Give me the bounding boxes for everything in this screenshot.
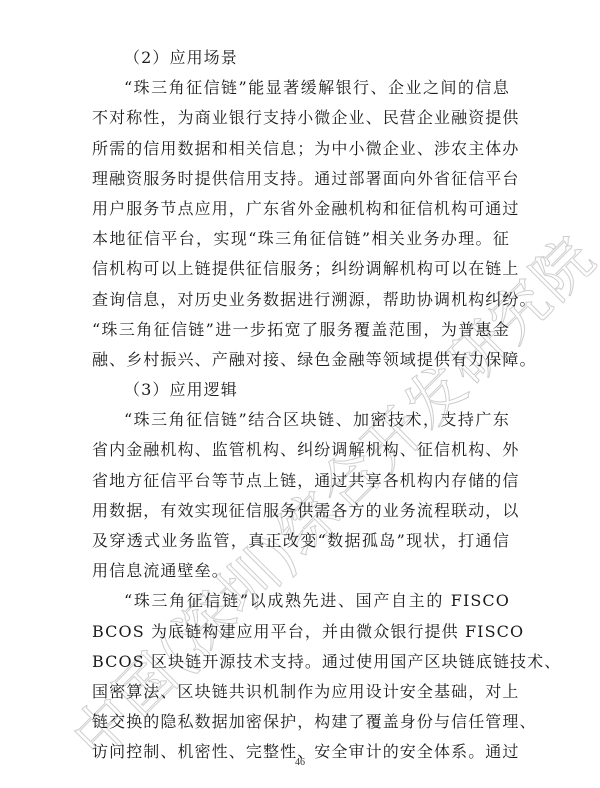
paragraph-line: 所需的信用数据和相关信息；为中小微企业、涉农主体办 <box>92 134 510 164</box>
paragraph-line: 省地方征信平台等节点上链，通过共享各机构内存储的信 <box>92 466 510 496</box>
section-heading-scenarios: （2）应用场景 <box>92 43 510 73</box>
paragraph-line: “珠三角征信链”能显著缓解银行、企业之间的信息 <box>92 73 510 103</box>
paragraph-line: 信机构可以上链提供征信服务；纠纷调解机构可以在链上 <box>92 254 510 284</box>
paragraph-line: 用信息流通壁垒。 <box>92 556 510 586</box>
paragraph-line: 链交换的隐私数据加密保护，构建了覆盖身份与信任管理、 <box>92 707 510 737</box>
paragraph-line: 融、乡村振兴、产融对接、绿色金融等领域提供有力保障。 <box>92 345 510 375</box>
paragraph-line: “珠三角征信链”以成熟先进、国产自主的 FISCO <box>92 586 510 616</box>
paragraph-line: 用数据，有效实现征信服务供需各方的业务流程联动，以 <box>92 496 510 526</box>
document-page: 中国(深圳)综合开发研究院 （2）应用场景 “珠三角征信链”能显著缓解银行、企业… <box>0 0 600 788</box>
paragraph-line: 省内金融机构、监管机构、纠纷调解机构、征信机构、外 <box>92 435 510 465</box>
paragraph-line: BCOS 区块链开源技术支持。通过使用国产区块链底链技术、 <box>92 647 510 677</box>
paragraph-line: 及穿透式业务监管，真正改变“数据孤岛”现状，打通信 <box>92 526 510 556</box>
section-heading-logic: （3）应用逻辑 <box>92 375 510 405</box>
paragraph-line: “珠三角征信链”进一步拓宽了服务覆盖范围，为普惠金 <box>92 315 510 345</box>
paragraph-line: BCOS 为底链构建应用平台，并由微众银行提供 FISCO <box>92 617 510 647</box>
paragraph-line: 用户服务节点应用，广东省外金融机构和征信机构可通过 <box>92 194 510 224</box>
paragraph-line: 本地征信平台，实现“珠三角征信链”相关业务办理。征 <box>92 224 510 254</box>
paragraph-line: “珠三角征信链”结合区块链、加密技术，支持广东 <box>92 405 510 435</box>
page-number: 46 <box>0 757 600 768</box>
paragraph-line: 理融资服务时提供信用支持。通过部署面向外省征信平台 <box>92 164 510 194</box>
paragraph-line: 查询信息，对历史业务数据进行溯源，帮助协调机构纠纷。 <box>92 285 510 315</box>
page-content: （2）应用场景 “珠三角征信链”能显著缓解银行、企业之间的信息 不对称性，为商业… <box>92 43 510 768</box>
paragraph-line: 国密算法、区块链共识机制作为应用设计安全基础，对上 <box>92 677 510 707</box>
paragraph-line: 不对称性，为商业银行支持小微企业、民营企业融资提供 <box>92 103 510 133</box>
